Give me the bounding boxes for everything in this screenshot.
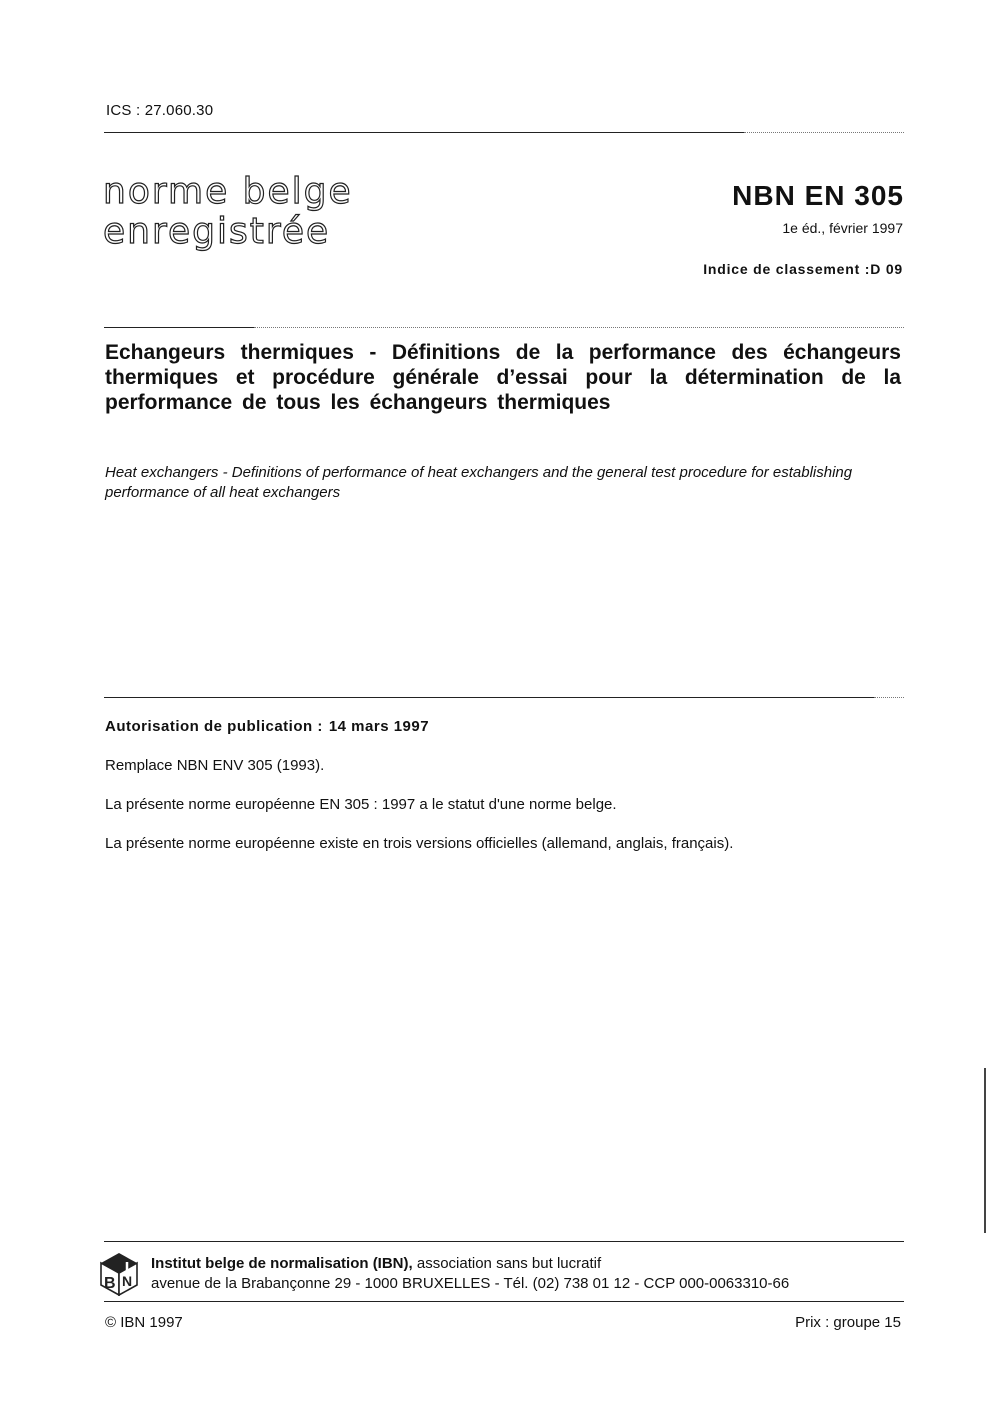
organization-description: association sans but lucratif (413, 1255, 601, 1272)
title-divider-dotted (254, 327, 904, 328)
ics-code: ICS : 27.060.30 (106, 102, 213, 119)
french-title: Echangeurs thermiques - Définitions de l… (105, 340, 901, 415)
authorization-label: Autorisation de publication : (105, 718, 323, 735)
standard-number: NBN EN 305 (732, 180, 904, 212)
indice-value: D 09 (870, 261, 903, 277)
outline-title-line2: enregistrée (103, 212, 353, 252)
scan-edge-mark (984, 1068, 986, 1233)
replaces-note: Remplace NBN ENV 305 (1993). (105, 757, 324, 774)
status-note: La présente norme européenne EN 305 : 19… (105, 796, 617, 813)
copyright: © IBN 1997 (105, 1314, 183, 1331)
price-group: Prix : groupe 15 (795, 1314, 901, 1331)
edition: 1e éd., février 1997 (782, 220, 903, 236)
publication-authorization: Autorisation de publication :14 mars 199… (105, 718, 429, 735)
publication-divider (104, 697, 874, 698)
versions-note: La présente norme européenne existe en t… (105, 835, 733, 852)
outline-title: norme belge enregistrée (103, 172, 353, 252)
ibn-cube-logo-icon: B N (99, 1252, 139, 1296)
footer-divider-bottom (104, 1301, 904, 1302)
title-divider (104, 327, 254, 328)
svg-text:N: N (122, 1273, 132, 1289)
indice-label: Indice de classement : (703, 261, 870, 277)
outline-title-line1: norme belge (103, 172, 353, 212)
organization-address: avenue de la Brabançonne 29 - 1000 BRUXE… (151, 1274, 789, 1294)
organization-info: Institut belge de normalisation (IBN), a… (151, 1254, 789, 1294)
organization-name: Institut belge de normalisation (IBN), (151, 1255, 413, 1272)
footer-divider-top (104, 1241, 904, 1242)
classification-index: Indice de classement :D 09 (703, 261, 903, 277)
authorization-date: 14 mars 1997 (329, 718, 429, 735)
header-divider (104, 132, 744, 133)
svg-text:B: B (104, 1275, 116, 1292)
header-divider-dotted (744, 132, 904, 133)
publication-divider-dotted (874, 697, 904, 698)
english-title: Heat exchangers - Definitions of perform… (105, 463, 905, 503)
